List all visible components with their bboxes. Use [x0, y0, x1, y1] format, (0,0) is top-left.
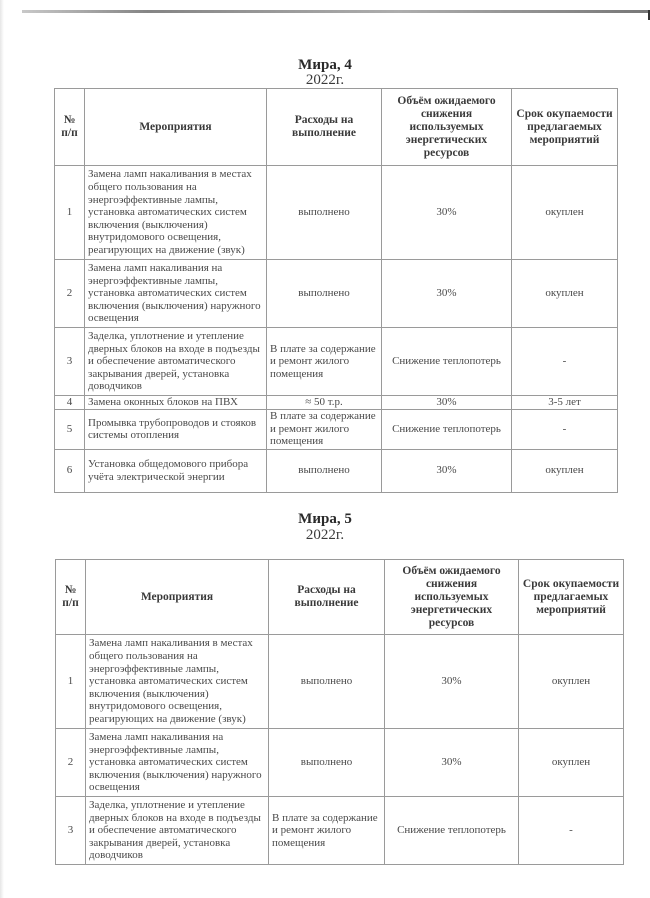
row-reduction: 30% [382, 260, 512, 328]
row-reduction: 30% [385, 729, 519, 797]
row-num: 3 [55, 328, 85, 396]
header-measure: Мероприятия [85, 89, 267, 166]
row-payback: - [519, 797, 624, 865]
header-reduction: Объём ожидаемого снижения используемых э… [385, 560, 519, 635]
row-reduction: Снижение теплопотерь [382, 328, 512, 396]
row-measure: Замена ламп накаливания в местах общего … [85, 166, 267, 260]
row-num: 1 [56, 635, 86, 729]
row-measure: Установка общедомового прибора учёта эле… [85, 449, 267, 492]
table-row: 5 Промывка трубопроводов и стояков систе… [55, 409, 618, 449]
table-row: 2 Замена ламп накаливания на энергоэффек… [55, 260, 618, 328]
row-cost: В плате за содержание и ремонт жилого по… [269, 797, 385, 865]
row-reduction: 30% [382, 396, 512, 410]
row-cost: выполнено [267, 260, 382, 328]
table-row: 3 Заделка, уплотнение и утепление дверны… [56, 797, 624, 865]
scan-top-edge [22, 10, 650, 13]
row-num: 4 [55, 396, 85, 410]
table-row: 2 Замена ламп накаливания на энергоэффек… [56, 729, 624, 797]
row-payback: окуплен [512, 449, 618, 492]
row-payback: окуплен [512, 260, 618, 328]
header-payback: Срок окупаемости предлагаемых мероприяти… [512, 89, 618, 166]
row-measure: Замена оконных блоков на ПВХ [85, 396, 267, 410]
row-cost: выполнено [267, 449, 382, 492]
row-measure: Замена ламп накаливания на энергоэффекти… [86, 729, 269, 797]
row-measure: Промывка трубопроводов и стояков системы… [85, 409, 267, 449]
row-measure: Замена ламп накаливания на энергоэффекти… [85, 260, 267, 328]
measures-table-mira-5: № п/п Мероприятия Расходы на выполнение … [55, 559, 624, 865]
table-row: 4 Замена оконных блоков на ПВХ ≈ 50 т.р.… [55, 396, 618, 410]
header-reduction: Объём ожидаемого снижения используемых э… [382, 89, 512, 166]
scan-edge-shadow [0, 0, 4, 898]
row-measure: Замена ламп накаливания в местах общего … [86, 635, 269, 729]
row-reduction: 30% [382, 166, 512, 260]
table-header-row: № п/п Мероприятия Расходы на выполнение … [56, 560, 624, 635]
header-num: № п/п [56, 560, 86, 635]
measures-table-mira-4: № п/п Мероприятия Расходы на выполнение … [54, 88, 618, 493]
row-num: 3 [56, 797, 86, 865]
row-reduction: 30% [385, 635, 519, 729]
header-measure: Мероприятия [86, 560, 269, 635]
row-payback: окуплен [519, 635, 624, 729]
header-cost: Расходы на выполнение [267, 89, 382, 166]
row-measure: Заделка, уплотнение и утепление дверных … [85, 328, 267, 396]
row-payback: - [512, 409, 618, 449]
row-num: 6 [55, 449, 85, 492]
header-payback: Срок окупаемости предлагаемых мероприяти… [519, 560, 624, 635]
row-cost: ≈ 50 т.р. [267, 396, 382, 410]
header-cost: Расходы на выполнение [269, 560, 385, 635]
section-year-mira-5: 2022г. [0, 527, 650, 544]
row-reduction: Снижение теплопотерь [385, 797, 519, 865]
table-row: 3 Заделка, уплотнение и утепление дверны… [55, 328, 618, 396]
row-num: 1 [55, 166, 85, 260]
row-measure: Заделка, уплотнение и утепление дверных … [86, 797, 269, 865]
row-payback: 3-5 лет [512, 396, 618, 410]
table-row: 1 Замена ламп накаливания в местах общег… [56, 635, 624, 729]
row-payback: окуплен [512, 166, 618, 260]
row-num: 5 [55, 409, 85, 449]
row-cost: выполнено [267, 166, 382, 260]
row-num: 2 [56, 729, 86, 797]
row-payback: - [512, 328, 618, 396]
table-row: 6 Установка общедомового прибора учёта э… [55, 449, 618, 492]
row-reduction: Снижение теплопотерь [382, 409, 512, 449]
table-row: 1 Замена ламп накаливания в местах общег… [55, 166, 618, 260]
row-cost: В плате за содержание и ремонт жилого по… [267, 328, 382, 396]
table-header-row: № п/п Мероприятия Расходы на выполнение … [55, 89, 618, 166]
row-cost: В плате за содержание и ремонт жилого по… [267, 409, 382, 449]
header-num: № п/п [55, 89, 85, 166]
row-reduction: 30% [382, 449, 512, 492]
row-cost: выполнено [269, 729, 385, 797]
row-num: 2 [55, 260, 85, 328]
row-payback: окуплен [519, 729, 624, 797]
section-year-mira-4: 2022г. [0, 72, 650, 89]
row-cost: выполнено [269, 635, 385, 729]
section-title-mira-5: Мира, 5 [0, 511, 650, 528]
